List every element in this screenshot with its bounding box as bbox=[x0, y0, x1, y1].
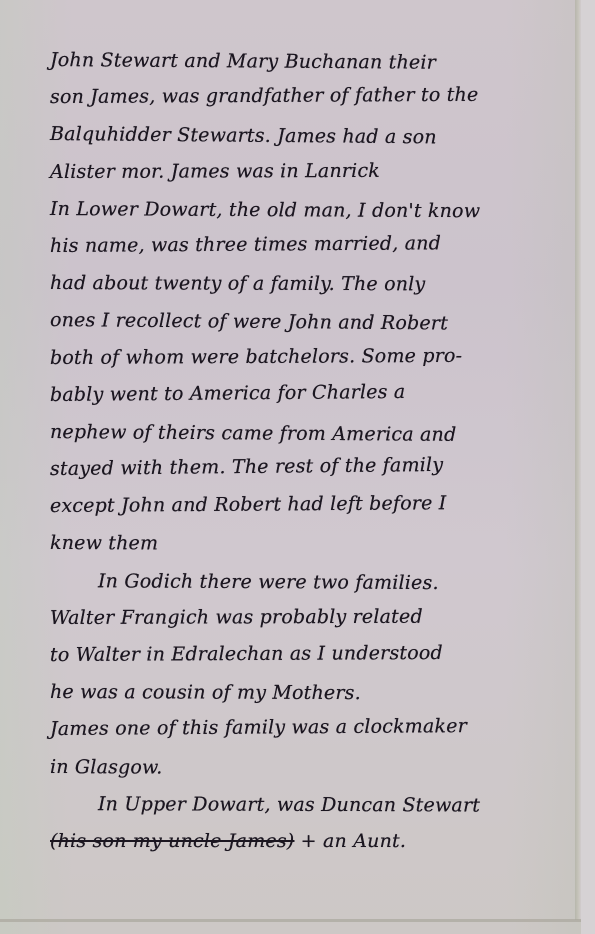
letter-line-paragraph-start: In Godich there were two families. bbox=[50, 563, 550, 603]
page-edge-bottom bbox=[0, 919, 581, 922]
letter-line: bably went to America for Charles a bbox=[50, 372, 550, 414]
letter-line: in Glasgow. bbox=[50, 749, 550, 789]
letter-line: stayed with them. The rest of the family bbox=[50, 446, 550, 488]
scan-margin bbox=[581, 0, 595, 934]
letter-line-with-strikethrough: (his son my uncle James) + an Aunt. bbox=[50, 823, 550, 860]
letter-line: had about twenty of a family. The only bbox=[50, 265, 550, 304]
letter-line-tail: + an Aunt. bbox=[301, 830, 406, 852]
letter-line: Alister mor. James was in Lanrick bbox=[50, 152, 550, 191]
letter-line: both of whom were batchelors. Some pro- bbox=[50, 337, 550, 377]
letter-line: to Walter in Edralechan as I understood bbox=[50, 634, 550, 674]
handwritten-letter: John Stewart and Mary Buchanan their son… bbox=[50, 42, 550, 860]
letter-line: James one of this family was a clockmake… bbox=[50, 708, 550, 749]
letter-line: son James, was grandfather of father to … bbox=[50, 77, 550, 117]
letter-line: Walter Frangich was probably related bbox=[50, 598, 550, 637]
struck-through-text: (his son my uncle James) bbox=[50, 830, 294, 852]
letter-line-paragraph-start: In Upper Dowart, was Duncan Stewart bbox=[50, 786, 550, 825]
letter-line: his name, was three times married, and bbox=[50, 224, 550, 265]
letter-line: knew them bbox=[50, 525, 550, 564]
letter-line: except John and Robert had left before I bbox=[50, 485, 550, 526]
